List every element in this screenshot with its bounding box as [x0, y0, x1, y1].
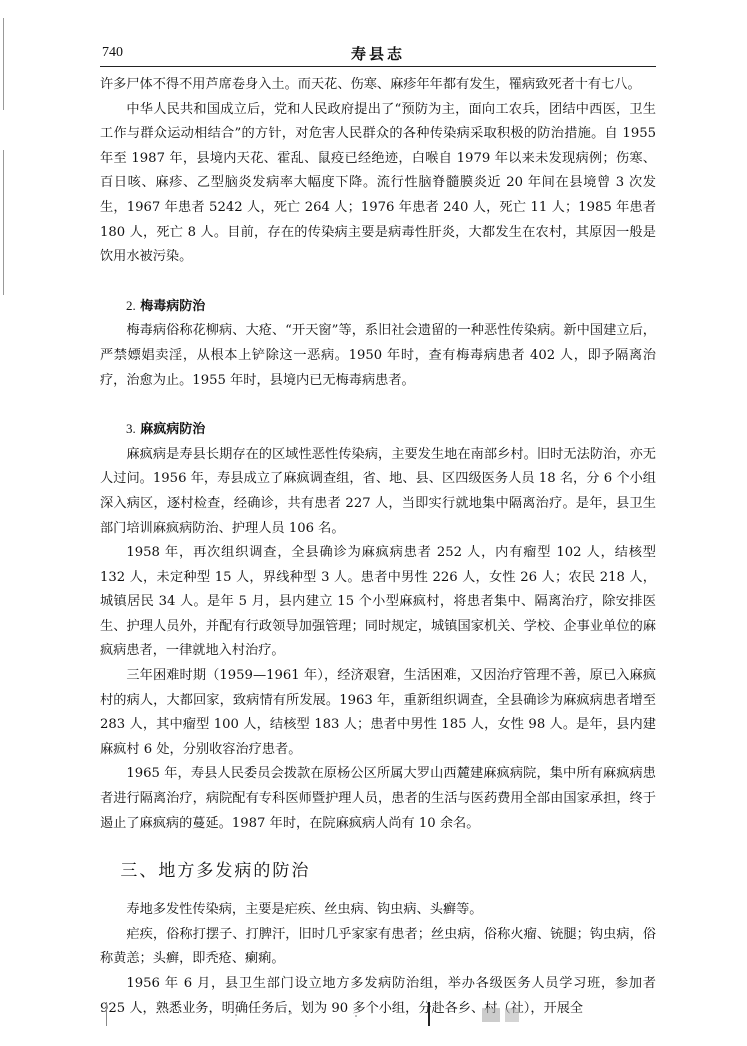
subsection-title: 梅毒病防治	[140, 299, 205, 314]
subsection-title: 麻疯病防治	[140, 422, 205, 437]
page-header: 740 寿县志	[100, 38, 656, 67]
paragraph: 寿地多发性传染病，主要是疟疾、丝虫病、钩虫病、头癣等。	[100, 898, 656, 923]
subsection-number: 3.	[126, 421, 136, 436]
section-heading: 三、地方多发病的防治	[100, 858, 656, 884]
scan-edge-mark	[3, 18, 4, 110]
paragraph: 中华人民共和国成立后，党和人民政府提出了“预防为主，面向工农兵，团结中西医，卫生…	[100, 98, 656, 270]
page-body: 许多尸体不得不用芦席卷身入土。而天花、伤寒、麻疹年年都有发生，罹病致死者十有七八…	[100, 67, 656, 1021]
paragraph: 梅毒病俗称花柳病、大疮、“开天窗”等，系旧社会遗留的一种恶性传染病。新中国建立后…	[100, 319, 656, 393]
paragraph: 疟疾，俗称打摆子、打脾汗，旧时几乎家家有患者；丝虫病，俗称火瘤、铳腿；钩虫病，俗…	[100, 923, 656, 972]
paragraph: 麻疯病是寿县长期存在的区域性恶性传染病，主要发生地在南部乡村。旧时无法防治，亦无…	[100, 443, 656, 541]
book-page: 740 寿县志 许多尸体不得不用芦席卷身入土。而天花、伤寒、麻疹年年都有发生，罹…	[100, 38, 656, 1021]
scan-mark	[106, 1002, 107, 1026]
subsection-number: 2.	[126, 298, 136, 313]
scan-edge-mark	[3, 150, 4, 295]
subsection-heading-syphilis: 2. 梅毒病防治	[100, 294, 656, 320]
running-title: 寿县志	[100, 43, 656, 64]
paragraph: 1958 年，再次组织调查，全县确诊为麻疯病患者 252 人，内有瘤型 102 …	[100, 541, 656, 664]
scan-mark	[428, 1002, 430, 1026]
subsection-heading-leprosy: 3. 麻疯病防治	[100, 417, 656, 443]
paragraph-continuation: 许多尸体不得不用芦席卷身入土。而天花、伤寒、麻疹年年都有发生，罹病致死者十有七八…	[100, 73, 656, 98]
scan-artifacts	[0, 1000, 747, 1030]
paragraph: 三年困难时期（1959—1961 年），经济艰窘，生活困难，又因治疗管理不善，原…	[100, 664, 656, 762]
scan-speck	[235, 1014, 237, 1016]
scan-mark	[505, 1008, 519, 1022]
scan-speck	[355, 1015, 357, 1017]
scan-speck	[290, 1012, 292, 1014]
scan-mark	[482, 1008, 500, 1022]
paragraph: 1965 年，寿县人民委员会拨款在原杨公区所属大罗山西麓建麻疯病院，集中所有麻疯…	[100, 762, 656, 836]
